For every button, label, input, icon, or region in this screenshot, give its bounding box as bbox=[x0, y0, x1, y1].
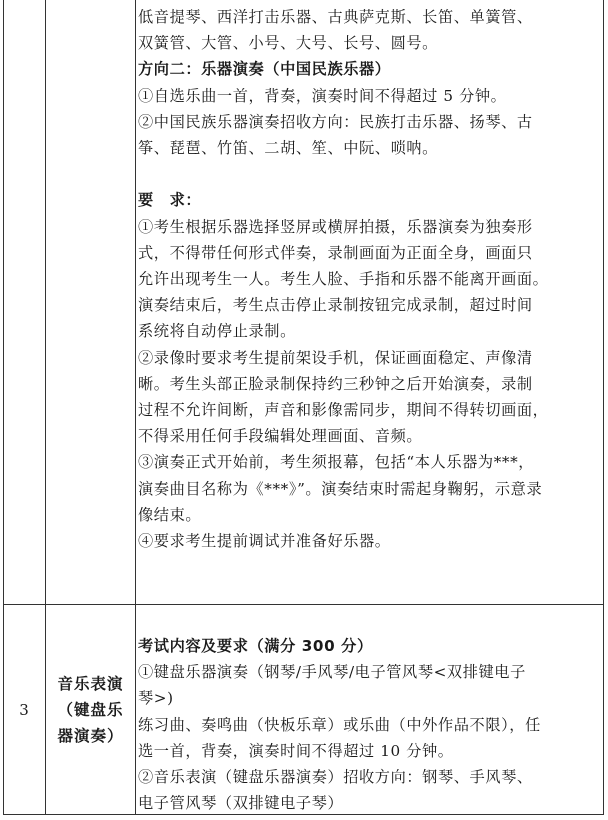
row3-content: 考试内容及要求（满分 300 分） ①键盘乐器演奏（钢琴/手风琴/电子管风琴<双… bbox=[138, 633, 600, 816]
text-line: 允许出现考生一人。考生人脸、手指和乐器不能离开画面。 bbox=[138, 266, 600, 292]
text-line: 过程不允许间断，声音和影像需同步，期间不得转切画面， bbox=[138, 397, 600, 423]
text-line: ②音乐表演（键盘乐器演奏）招收方向：钢琴、手风琴、 bbox=[138, 764, 600, 790]
content-heading: 考试内容及要求（满分 300 分） bbox=[138, 633, 600, 659]
requirements-heading: 要 求： bbox=[138, 187, 600, 213]
text-line: ①考生根据乐器选择竖屏或横屏拍摄，乐器演奏为独奏形 bbox=[138, 214, 600, 240]
text-line: 琴>) bbox=[138, 685, 600, 711]
text-line: 像结束。 bbox=[138, 502, 600, 528]
text-line: 系统将自动停止录制。 bbox=[138, 318, 600, 344]
subject-name: 音乐表演 （键盘乐 器演奏） bbox=[57, 671, 123, 749]
text-line: 练习曲、奏鸣曲（快板乐章）或乐曲（中外作品不限），任 bbox=[138, 712, 600, 738]
text-line: ③演奏正式开始前，考生须报幕，包括“本人乐器为***， bbox=[138, 449, 600, 475]
text-line: 晰。考生头部正脸录制保持约三秒钟之后开始演奏，录制 bbox=[138, 371, 600, 397]
continued-row-content: 低音提琴、西洋打击乐器、古典萨克斯、长笛、单簧管、 双簧管、大管、小号、大号、长… bbox=[138, 4, 600, 554]
text-line: 不得采用任何手段编辑处理画面、音频。 bbox=[138, 423, 600, 449]
text-line: 演奏曲目名称为《***》”。演奏结束时需起身鞠躬，示意录 bbox=[138, 476, 600, 502]
text-line: ①自选乐曲一首，背奏，演奏时间不得超过 5 分钟。 bbox=[138, 83, 600, 109]
text-line: 电子管风琴（双排键电子琴） bbox=[138, 790, 600, 816]
row-number-text: 3 bbox=[19, 701, 29, 719]
subject-name-cell: 音乐表演 （键盘乐 器演奏） bbox=[46, 605, 135, 815]
text-line: 筝、琵琶、竹笛、二胡、笙、中阮、唢呐。 bbox=[138, 135, 600, 161]
text-line: 选一首，背奏，演奏时间不得超过 10 分钟。 bbox=[138, 738, 600, 764]
text-line: 低音提琴、西洋打击乐器、古典萨克斯、长笛、单簧管、 bbox=[138, 4, 600, 30]
text-line: ②中国民族乐器演奏招收方向：民族打击乐器、扬琴、古 bbox=[138, 109, 600, 135]
section-heading: 方向二：乐器演奏（中国民族乐器） bbox=[138, 56, 600, 82]
text-line: 式，不得带任何形式伴奏，录制画面为正面全身，画面只 bbox=[138, 240, 600, 266]
text-line: 演奏结束后，考生点击停止录制按钮完成录制，超过时间 bbox=[138, 292, 600, 318]
column-divider bbox=[135, 0, 136, 814]
text-line: 双簧管、大管、小号、大号、长号、圆号。 bbox=[138, 30, 600, 56]
text-line: ②录像时要求考生提前架设手机，保证画面稳定、声像清 bbox=[138, 345, 600, 371]
row-number: 3 bbox=[3, 605, 45, 815]
text-line: ④要求考生提前调试并准备好乐器。 bbox=[138, 528, 600, 554]
text-line: ①键盘乐器演奏（钢琴/手风琴/电子管风琴<双排键电子 bbox=[138, 659, 600, 685]
